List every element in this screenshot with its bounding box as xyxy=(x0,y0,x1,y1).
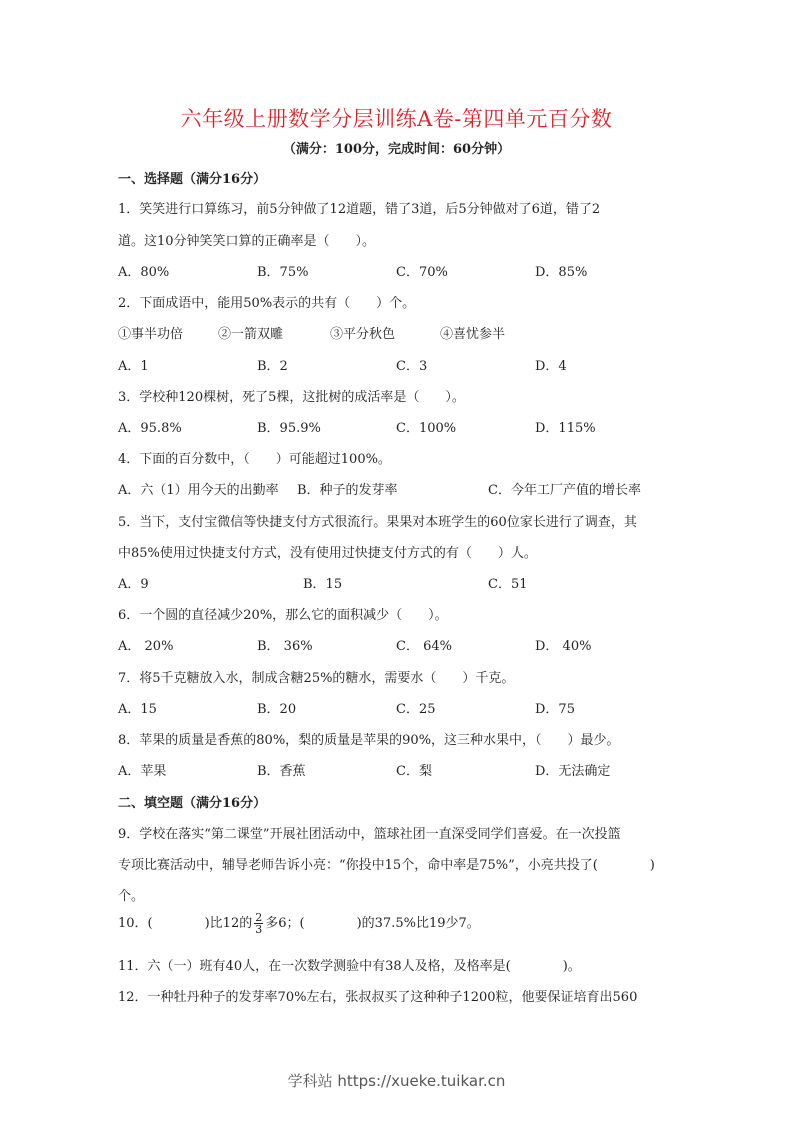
q6-option-c: C． 64% xyxy=(396,635,452,654)
question-9-line-2: 专项比赛活动中，辅导老师告诉小亮：“你投中15个，命中率是75%”，小亮共投了(… xyxy=(118,854,655,873)
q1-option-d: D．85% xyxy=(535,261,587,280)
fraction-two-thirds: 23 xyxy=(254,912,263,935)
q7-option-d: D．75 xyxy=(535,698,575,717)
q8-option-c: C．梨 xyxy=(396,760,432,779)
q5-option-a: A．9 xyxy=(118,573,149,592)
q4-option-c: C．今年工厂产值的增长率 xyxy=(488,479,641,498)
question-9-line-3: 个。 xyxy=(118,885,144,904)
q8-option-a: A．苹果 xyxy=(118,760,166,779)
q8-option-b: B．香蕉 xyxy=(257,760,306,779)
q7-option-c: C．25 xyxy=(396,698,436,717)
fraction-denominator: 3 xyxy=(254,924,263,935)
question-6-line-1: 6．一个圆的直径减少20%，那么它的面积减少（ ）。 xyxy=(118,604,448,623)
q5-option-c: C．51 xyxy=(488,573,528,592)
q2-idiom-2: ②一箭双雕 xyxy=(218,323,283,342)
section-heading-fill: 二、填空题（满分16分） xyxy=(118,792,266,811)
q4-option-a: A．六（1）用今天的出勤率 xyxy=(118,479,279,498)
question-1-line-2: 道。这10分钟笑笑口算的正确率是（ ）。 xyxy=(118,230,375,249)
question-1-line-1: 1．笑笑进行口算练习，前5分钟做了12道题，错了3道，后5分钟做对了6道，错了2 xyxy=(118,198,600,217)
footer-watermark: 学科站 https://xueke.tuikar.cn xyxy=(0,1070,793,1091)
question-5-line-1: 5．当下，支付宝微信等快捷支付方式很流行。果果对本班学生的60位家长进行了调查，… xyxy=(118,511,637,530)
q7-option-a: A．15 xyxy=(118,698,157,717)
q2-idiom-4: ④喜忧参半 xyxy=(440,323,505,342)
question-8-line-1: 8．苹果的质量是香蕉的80%，梨的质量是苹果的90%，这三种水果中，（ ）最少。 xyxy=(118,729,620,748)
q6-option-a: A． 20% xyxy=(118,635,173,654)
q2-idiom-1: ①事半功倍 xyxy=(118,323,183,342)
q2-option-a: A．1 xyxy=(118,355,149,374)
question-5-line-2: 中85%使用过快捷支付方式，没有使用过快捷支付方式的有（ ）人。 xyxy=(118,542,537,561)
question-2-line-1: 2．下面成语中，能用50%表示的共有（ ）个。 xyxy=(118,292,415,311)
q3-option-b: B．95.9% xyxy=(257,417,321,436)
q2-option-b: B．2 xyxy=(257,355,288,374)
q8-option-d: D．无法确定 xyxy=(535,760,610,779)
question-7-line-1: 7．将5千克糖放入水，制成含糖25%的糖水，需要水（ ）千克。 xyxy=(118,667,514,686)
page-title: 六年级上册数学分层训练A卷-第四单元百分数 xyxy=(0,103,793,133)
question-4-line-1: 4．下面的百分数中，（ ）可能超过100%。 xyxy=(118,448,391,467)
q5-option-b: B．15 xyxy=(303,573,342,592)
q6-option-d: D． 40% xyxy=(535,635,591,654)
q4-option-b: B．种子的发芽率 xyxy=(297,479,398,498)
document-page: 六年级上册数学分层训练A卷-第四单元百分数 （满分：100分，完成时间：60分钟… xyxy=(0,0,793,1122)
q2-idiom-3: ③平分秋色 xyxy=(330,323,395,342)
q1-option-c: C．70% xyxy=(396,261,448,280)
q10-part-2: 多6；( )的37.5%比19少7。 xyxy=(265,916,480,931)
question-9-line-1: 9．学校在落实“第二课堂”开展社团活动中，篮球社团一直深受同学们喜爱。在一次投篮 xyxy=(118,823,621,842)
question-12-line-1: 12．一种牡丹种子的发芽率70%左右，张叔叔买了这种种子1200粒，他要保证培育… xyxy=(118,986,637,1005)
q2-option-c: C．3 xyxy=(396,355,427,374)
q7-option-b: B．20 xyxy=(257,698,296,717)
q10-part-1: 10．( )比12的 xyxy=(118,916,252,931)
question-10-line-1: 10．( )比12的23多6；( )的37.5%比19少7。 xyxy=(118,912,480,935)
q3-option-d: D．115% xyxy=(535,417,596,436)
q6-option-b: B． 36% xyxy=(257,635,313,654)
q3-option-a: A．95.8% xyxy=(118,417,182,436)
q1-option-a: A．80% xyxy=(118,261,169,280)
page-subtitle: （满分：100分，完成时间：60分钟） xyxy=(0,138,793,157)
question-3-line-1: 3．学校种120棵树，死了5棵，这批树的成活率是（ ）。 xyxy=(118,386,465,405)
question-11-line-1: 11．六（一）班有40人，在一次数学测验中有38人及格，及格率是( )。 xyxy=(118,955,581,974)
q3-option-c: C．100% xyxy=(396,417,456,436)
section-heading-choice: 一、选择题（满分16分） xyxy=(118,168,266,187)
q1-option-b: B．75% xyxy=(257,261,308,280)
q2-option-d: D．4 xyxy=(535,355,567,374)
